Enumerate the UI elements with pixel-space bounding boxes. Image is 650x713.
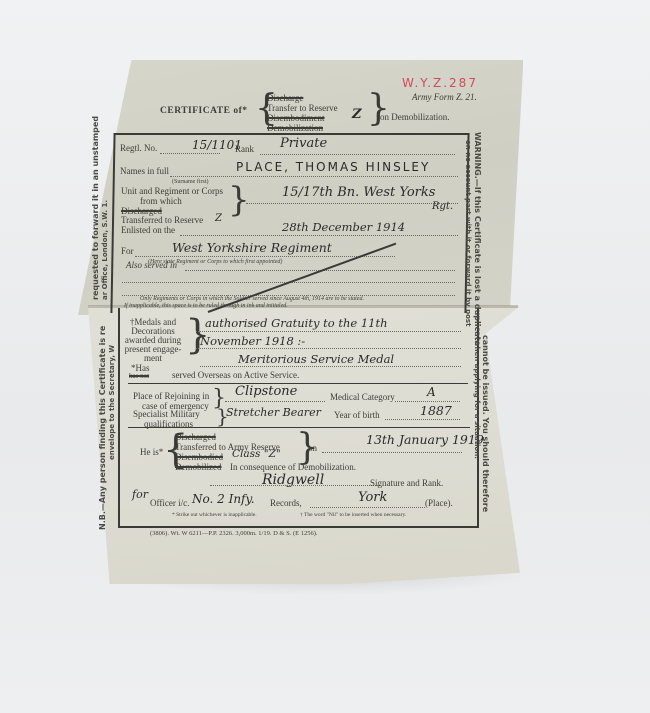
unit-value-1: 15/17th Bn. West Yorks	[282, 185, 435, 200]
class-value: Class "Z"	[232, 448, 281, 460]
medals-label: †Medals and Decorations awarded during p…	[122, 318, 184, 363]
dots	[260, 154, 455, 155]
medals-value-2: November 1918 :-	[200, 334, 305, 348]
vertical-left-bottom-2: envelope to the Secretary, W	[108, 345, 116, 460]
medals-label-line: ment	[122, 354, 184, 363]
dots	[225, 401, 325, 402]
birth-label: Year of birth	[334, 410, 380, 420]
medals-value-1: authorised Gratuity to the 11th	[205, 316, 387, 330]
enlisted-label: Enlisted on the	[121, 225, 175, 235]
vertical-left-top-2: ar Office, London, S.W. 1.	[101, 200, 109, 300]
footnote-nil: † The word "Nil" to be inserted when nec…	[300, 512, 406, 518]
medals-value-3: Meritorious Service Medal	[238, 352, 394, 366]
specialist-label-1: Specialist Military	[133, 409, 200, 419]
consequence-text: In consequence of Demobilization.	[230, 462, 356, 472]
has-not-struck: has not	[129, 372, 149, 380]
signature-label: Signature and Rank.	[370, 478, 443, 488]
dots	[246, 203, 458, 204]
dots	[180, 235, 458, 236]
medical-value: A	[427, 385, 436, 399]
vertical-right-top: WARNING.—If this Certificate is lost a d…	[473, 132, 482, 346]
dots	[196, 331, 461, 332]
reference-stamp: W.Y.Z.287	[402, 76, 478, 90]
dots	[322, 452, 462, 453]
unit-label-transferred: Transferred to Reserve	[121, 215, 203, 225]
option-demobilization: Demobilization	[267, 123, 338, 133]
vertical-left-bottom: N.B.—Any person finding this Certificate…	[98, 326, 107, 530]
vertical-right-top-2: on no account part with it or forward it…	[464, 140, 472, 326]
class-mark: Z	[352, 107, 362, 122]
dots	[170, 176, 458, 177]
brace-right: }	[367, 88, 390, 129]
names-value: PLACE, THOMAS HINSLEY	[236, 160, 430, 174]
served-overseas: served Overseas on Active Service.	[172, 370, 299, 380]
he-is-date: 13th January 1919	[366, 432, 484, 447]
rejoin-value: Clipstone	[235, 384, 297, 399]
unit-transfer-mark: Z	[215, 213, 222, 224]
form-number: Army Form Z. 21.	[412, 92, 477, 102]
unit-brace: }	[228, 180, 250, 220]
also-served-label: Also served in	[126, 260, 177, 270]
printer-line: (3806). Wt. W 6211—P.P. 2326. 3,000m. 1/…	[150, 530, 318, 537]
birth-value: 1887	[420, 403, 452, 418]
specialist-value: Stretcher Bearer	[226, 406, 321, 419]
dots	[196, 348, 461, 349]
medical-label: Medical Category	[330, 392, 395, 402]
vertical-right-bottom: cannot be issued. You should therefore	[481, 335, 490, 512]
rank-value: Private	[280, 136, 327, 151]
vertical-left-top: requested to forward it in an unstamped	[91, 116, 100, 300]
he-is-discharged: Discharged	[175, 432, 280, 442]
dots	[385, 419, 460, 420]
rank-label: Rank	[235, 144, 254, 154]
rejoin-label-1: Place of Rejoining in	[133, 391, 209, 401]
for-label: For	[121, 246, 134, 256]
place-label: (Place).	[425, 498, 453, 508]
dots	[200, 366, 461, 367]
officer-value: No. 2 Infy.	[192, 492, 255, 506]
option-discharge: Discharge	[267, 93, 338, 103]
section-divider	[128, 383, 468, 384]
vertical-right-bottom-2: when applying for a situation.	[473, 340, 481, 459]
unit-label-2: from which	[140, 196, 182, 206]
dots	[210, 485, 380, 486]
unit-label-1: Unit and Regiment or Corps	[121, 186, 223, 196]
dots	[310, 507, 425, 508]
dots	[160, 153, 220, 154]
he-is-label: He is*	[140, 447, 163, 457]
certificate-title: CERTIFICATE of*	[160, 106, 248, 116]
dots	[395, 401, 460, 402]
names-sublabel: (Surname first)	[172, 179, 209, 185]
records-label: Records,	[270, 498, 302, 508]
footnote-strike: * Strike out whichever is inapplicable.	[172, 512, 257, 518]
certificate-options: Discharge Transfer to Reserve Disembodim…	[267, 93, 338, 133]
enlisted-value: 28th December 1914	[282, 220, 405, 234]
option-disembodiment: Disembodiment	[267, 113, 338, 123]
on-label: on	[308, 443, 317, 453]
for-officer-mark: for	[132, 488, 148, 501]
officer-label: Officer i/c.	[150, 498, 189, 508]
on-demobilization: on Demobilization.	[380, 112, 450, 122]
regtl-no-label: Regtl. No.	[120, 143, 157, 153]
option-transfer: Transfer to Reserve	[267, 103, 338, 113]
place-value: York	[358, 490, 387, 505]
for-value: West Yorkshire Regiment	[172, 240, 332, 255]
names-label: Names in full	[120, 166, 169, 176]
unit-value-2: Rgt.	[432, 201, 453, 212]
